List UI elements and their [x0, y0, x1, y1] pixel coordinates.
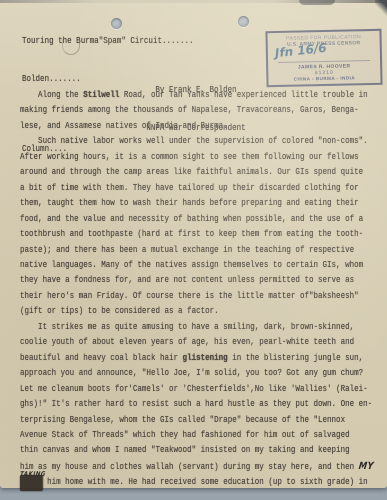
paper-corner-shadow — [375, 0, 387, 16]
paragraph: Such native labor works well under the s… — [20, 134, 387, 319]
text-segment: him as my house and clothes wallah (serv… — [20, 462, 359, 472]
text-line: a bit of time with them. They have tailo… — [20, 181, 387, 196]
text-segment: Let me cleanum boots for'Camels' or 'Che… — [20, 384, 368, 394]
text-segment: approach you and announce, "Hello Joe, I… — [20, 368, 363, 378]
text-line: paste); and there has been a mutual exch… — [20, 243, 387, 258]
text-segment: Avenue Stack of Threads" which they had … — [20, 430, 350, 440]
text-segment: a bit of time with them. They have tailo… — [20, 183, 359, 193]
text-line: their hero's man Friday. Of course there… — [20, 289, 387, 304]
text-segment-bold: Stilwell — [83, 90, 119, 100]
text-segment: coolie youth of about eleven years of ag… — [20, 337, 354, 347]
text-line: making friends among the thousands of Na… — [20, 103, 387, 118]
text-segment: lese, and Assamese natives of India and … — [20, 121, 228, 131]
text-segment: terprising Bengalese, whom the GIs calle… — [20, 415, 345, 425]
text-segment: Along the — [20, 90, 83, 100]
text-line: him as my house and clothes wallah (serv… — [20, 459, 387, 475]
text-segment: thin canvas and whom I named "Teakwood" … — [20, 445, 350, 455]
text-segment: After working hours, it is a common sigh… — [20, 152, 359, 162]
text-line: native languages. Many of the natives as… — [20, 258, 387, 273]
text-segment: It strikes me as quite amusing to have a… — [20, 322, 354, 332]
text-segment: native languages. Many of the natives as… — [20, 260, 363, 270]
stamp-theater: CHINA - BURMA - INDIA — [278, 75, 370, 82]
text-line: they have a fondness for, and are not co… — [20, 273, 387, 288]
text-segment: making friends among the thousands of Na… — [20, 105, 359, 115]
text-line: food, and the value and necessity of bat… — [20, 212, 387, 227]
text-segment: paste); and there has been a mutual exch… — [20, 245, 354, 255]
text-line: It strikes me as quite amusing to have a… — [20, 320, 387, 335]
text-line: Along the Stilwell Road, our Tan Yanks h… — [20, 88, 387, 103]
text-line: approach you and announce, "Hello Joe, I… — [20, 366, 387, 381]
paper-edge-artifact — [299, 0, 335, 5]
header-title-line: Touring the Burma"Spam" Circuit....... — [22, 35, 194, 48]
text-segment: (gift or tips) to be considered as a fac… — [20, 306, 219, 316]
stamp-identity-block: JAMES R. HOOVER 61210 CHINA - BURMA - IN… — [278, 60, 370, 82]
text-line: toothbrush and toothpaste (hard at first… — [20, 227, 387, 242]
paragraph: It strikes me as quite amusing to have a… — [20, 320, 387, 491]
text-segment: they have a fondness for, and are not co… — [20, 275, 354, 285]
text-segment: in the blistering jungle sun, — [228, 353, 363, 363]
text-line: around and through the camp areas like f… — [20, 165, 387, 180]
text-line: thin canvas and whom I named "Teakwood" … — [20, 443, 387, 458]
text-segment: their hero's man Friday. Of course there… — [20, 291, 359, 301]
scanned-document-page: Touring the Burma"Spam" Circuit....... B… — [0, 0, 387, 488]
text-segment: Road, our Tan Yanks have experienced lit… — [119, 90, 367, 100]
text-segment-hw: MY — [358, 459, 375, 474]
text-line: beautiful and heavy coal black hair glis… — [20, 351, 387, 366]
text-segment: ghs)!" It's rather hard to resist such a… — [20, 399, 372, 409]
text-segment: them, taught them how to wash their hand… — [20, 198, 359, 208]
text-line: terprising Bengalese, whom the GIs calle… — [20, 413, 387, 428]
text-segment: around and through the camp areas like f… — [20, 167, 363, 177]
text-line: Avenue Stack of Threads" which they had … — [20, 428, 387, 443]
punch-hole — [238, 16, 249, 27]
text-line: coolie youth of about eleven years of ag… — [20, 335, 387, 350]
text-line: After working hours, it is a common sigh… — [20, 150, 387, 165]
text-line: Such native labor works well under the s… — [20, 134, 387, 149]
text-segment-bold: glistening — [183, 353, 228, 363]
text-segment-blackout: XXXXXTAKING — [20, 475, 43, 490]
text-line: lese, and Assamese natives of India and … — [20, 119, 387, 134]
text-line: ghs)!" It's rather hard to resist such a… — [20, 397, 387, 412]
text-segment: him home with me. He had received some e… — [43, 477, 368, 487]
punch-hole — [111, 18, 122, 29]
body-text: Along the Stilwell Road, our Tan Yanks h… — [20, 88, 387, 491]
text-line: Let me cleanum boots for'Camels' or 'Che… — [20, 382, 387, 397]
handwritten-correction: TAKING — [19, 467, 46, 482]
press-censor-stamp: PASSED FOR PUBLICATION U.S. ARMY PRESS C… — [265, 29, 382, 87]
text-line: XXXXXTAKING him home with me. He had rec… — [20, 475, 387, 490]
paragraph: Along the Stilwell Road, our Tan Yanks h… — [20, 88, 387, 134]
text-segment: toothbrush and toothpaste (hard at first… — [20, 229, 363, 239]
text-segment: Such native labor works well under the s… — [20, 136, 368, 146]
text-line: them, taught them how to wash their hand… — [20, 196, 387, 211]
text-line: (gift or tips) to be considered as a fac… — [20, 304, 387, 319]
text-segment: food, and the value and necessity of bat… — [20, 214, 363, 224]
text-segment: beautiful and heavy coal black hair — [20, 353, 183, 363]
